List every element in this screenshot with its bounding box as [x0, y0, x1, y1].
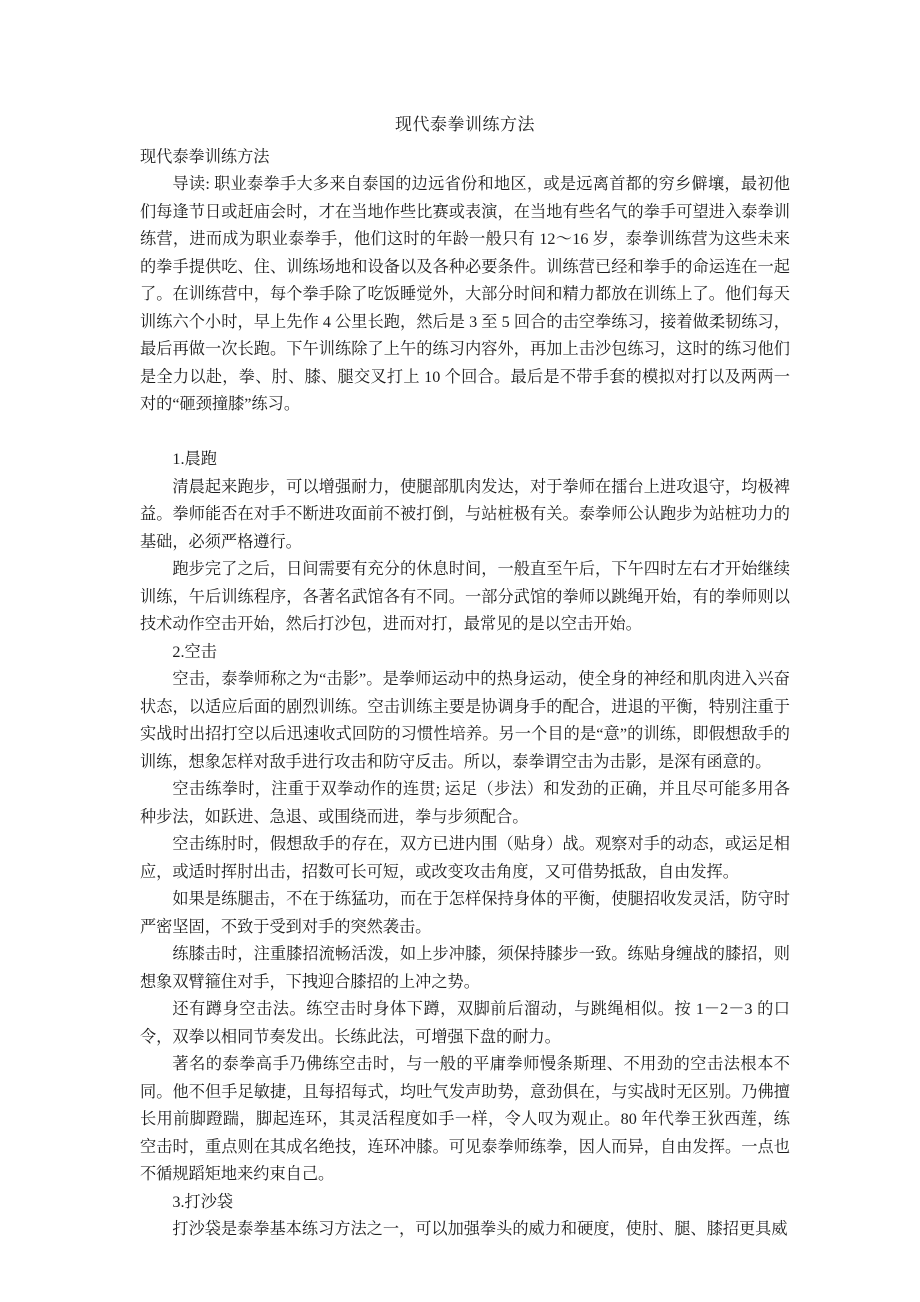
paragraph: 导读: 职业泰拳手大多来自泰国的边远省份和地区，或是远离首都的穷乡僻壤，最初他们…	[140, 171, 790, 419]
document-page: 现代泰拳训练方法 现代泰拳训练方法导读: 职业泰拳手大多来自泰国的边远省份和地区…	[0, 0, 920, 1302]
paragraph: 还有蹲身空击法。练空击时身体下蹲，双脚前后溜动，与跳绳相似。按 1－2－3 的口…	[140, 996, 790, 1051]
paragraph: 空击，泰拳师称之为“击影”。是拳师运动中的热身运动，使全身的神经和肌肉进入兴奋状…	[140, 666, 790, 776]
paragraph: 1.晨跑	[140, 446, 790, 474]
paragraph: 3.打沙袋	[140, 1189, 790, 1217]
paragraph: 现代泰拳训练方法	[140, 144, 790, 172]
paragraph: 清晨起来跑步，可以增强耐力，使腿部肌肉发达，对于拳师在擂台上进攻退守，均极裨益。…	[140, 474, 790, 557]
paragraph: 2.空击	[140, 639, 790, 667]
paragraph: 打沙袋是泰拳基本练习方法之一，可以加强拳头的威力和硬度，使肘、腿、膝招更具威	[140, 1216, 790, 1244]
paragraph: 练膝击时，注重膝招流畅活泼，如上步冲膝，须保持膝步一致。练贴身缠战的膝招，则想象…	[140, 941, 790, 996]
blank-line	[140, 419, 790, 447]
document-body: 现代泰拳训练方法导读: 职业泰拳手大多来自泰国的边远省份和地区，或是远离首都的穷…	[140, 144, 790, 1244]
paragraph: 空击练拳时，注重于双拳动作的连贯; 运足（步法）和发劲的正确，并且尽可能多用各种…	[140, 776, 790, 831]
paragraph: 著名的泰拳高手乃佛练空击时，与一般的平庸拳师慢条斯理、不用劲的空击法根本不同。他…	[140, 1051, 790, 1189]
paragraph: 跑步完了之后，日间需要有充分的休息时间，一般直至午后，下午四时左右才开始继续训练…	[140, 556, 790, 639]
document-title: 现代泰拳训练方法	[140, 111, 790, 139]
paragraph: 如果是练腿击，不在于练猛功，而在于怎样保持身体的平衡，使腿招收发灵活，防守时严密…	[140, 886, 790, 941]
paragraph: 空击练肘时，假想敌手的存在，双方已进内围（贴身）战。观察对手的动态，或运足相应，…	[140, 831, 790, 886]
